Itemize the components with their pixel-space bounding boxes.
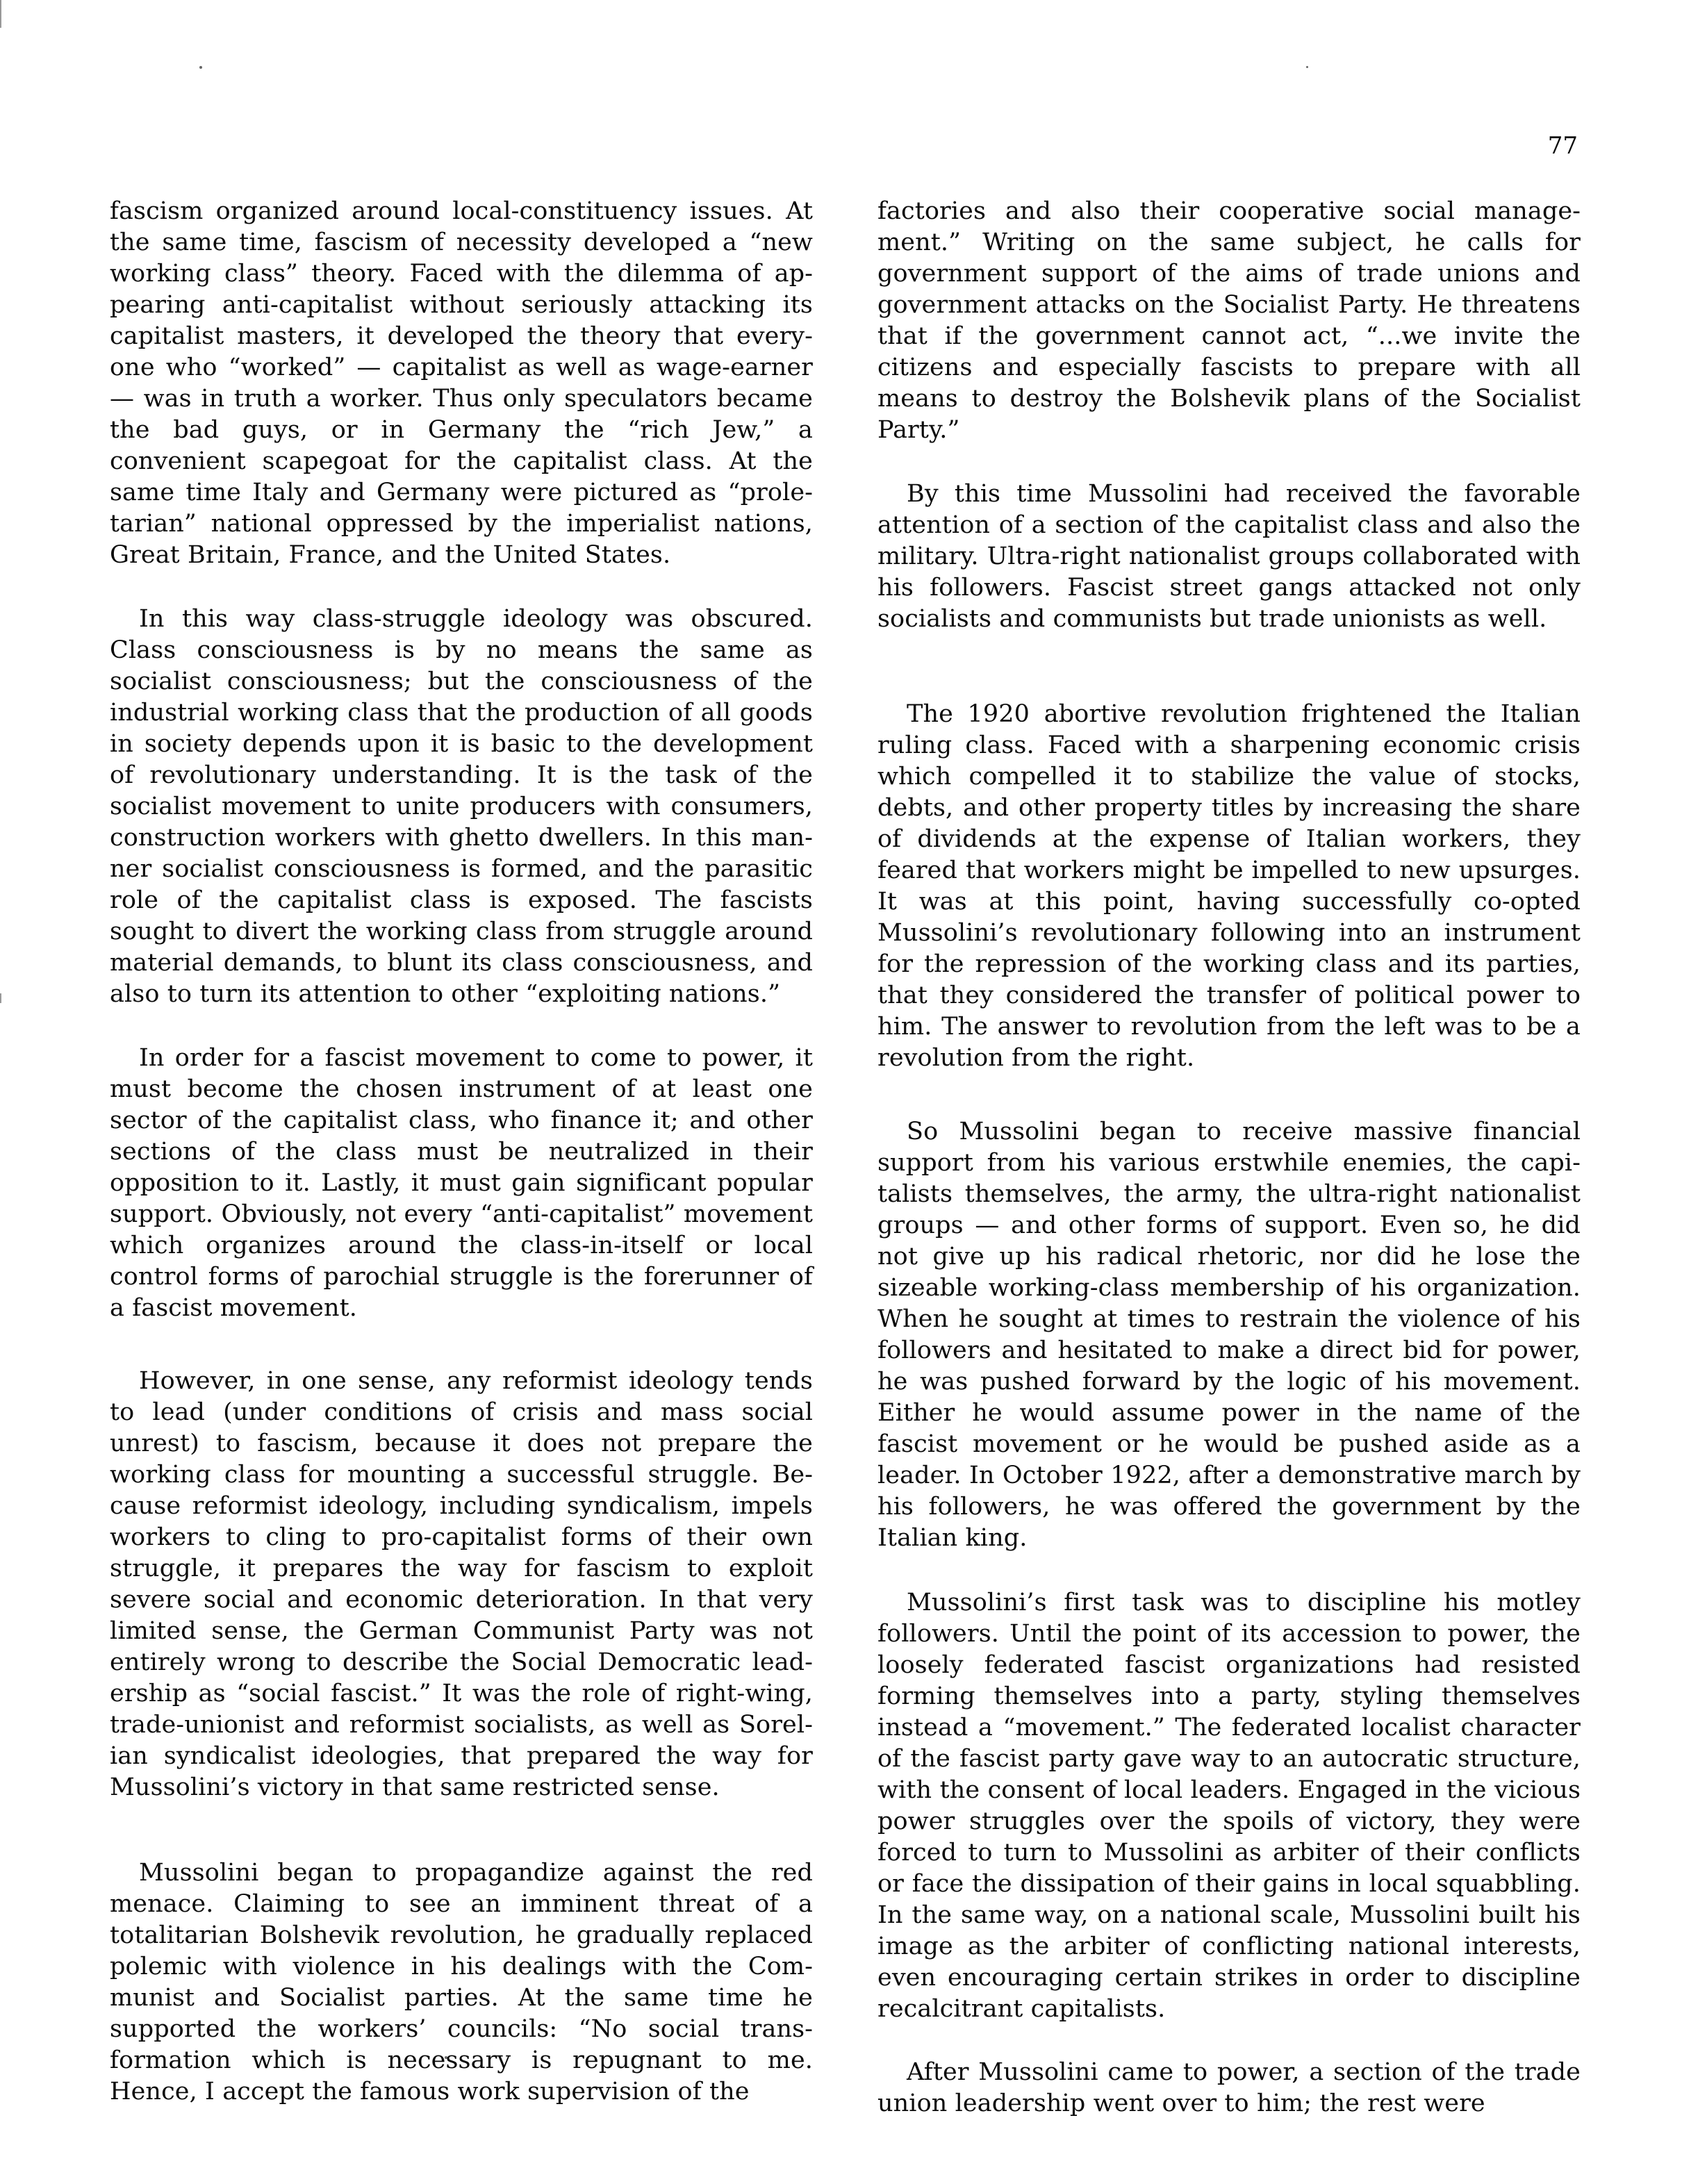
right-column: factories and also their cooperative soc… <box>877 0 1581 2184</box>
paragraph: factories and also their cooperative soc… <box>877 196 1581 446</box>
paragraph: In order for a fascist movement to come … <box>110 1043 813 1324</box>
left-column: fascism organized around local-constitue… <box>110 0 813 2184</box>
paragraph: In this way class-struggle ideology was … <box>110 604 813 1010</box>
paragraph: Mussolini’s first task was to discipline… <box>877 1587 1581 2025</box>
paragraph: So Mussolini began to receive massive fi… <box>877 1116 1581 1554</box>
paragraph: However, in one sense, any reformist ide… <box>110 1366 813 1803</box>
paragraph: The 1920 abortive revolution frightened … <box>877 699 1581 1074</box>
paragraph: Mussolini began to propagandize against … <box>110 1858 813 2108</box>
scan-edge-mark <box>0 0 1 28</box>
scan-edge-mark <box>0 993 1 1003</box>
paragraph: By this time Mussolini had received the … <box>877 479 1581 635</box>
paragraph: fascism organized around local-constitue… <box>110 196 813 571</box>
paragraph: After Mussolini came to power, a section… <box>877 2057 1581 2119</box>
